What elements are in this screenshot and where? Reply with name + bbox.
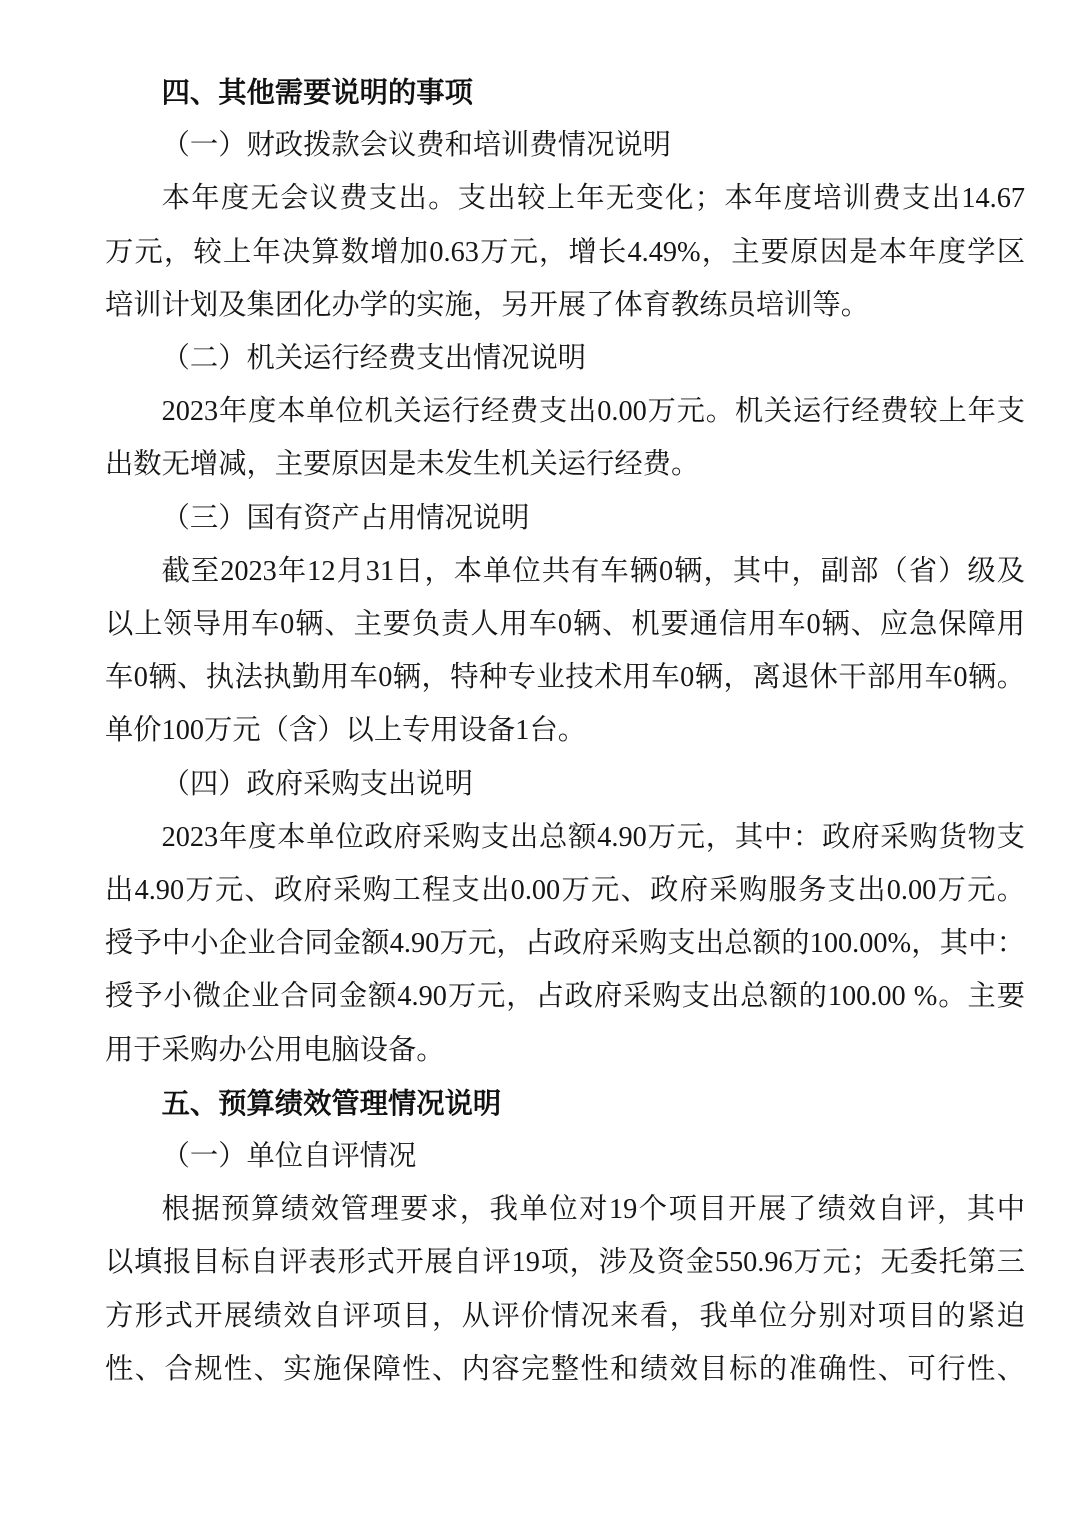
sub-heading-4-2: （二）机关运行经费支出情况说明 [105,332,1025,385]
paragraph-operating-expense: 2023年度本单位机关运行经费支出0.00万元。机关运行经费较上年支出数无增减，… [105,385,1025,491]
text-line: 授予小微企业合同金额4.90万元，占政府采购支出总额的100.00 %。主要 [105,970,1025,1023]
paragraph-state-assets: 截至2023年12月31日，本单位共有车辆0辆，其中，副部（省）级及以上领导用车… [105,545,1025,758]
sub-heading-5-1: （一）单位自评情况 [105,1130,1025,1183]
text-line: 以上领导用车0辆、主要负责人用车0辆、机要通信用车0辆、应急保障用 [105,598,1025,651]
paragraph-self-evaluation: 根据预算绩效管理要求，我单位对19个项目开展了绩效自评，其中以填报目标自评表形式… [105,1183,1025,1396]
document-content: 四、其他需要说明的事项（一）财政拨款会议费和培训费情况说明本年度无会议费支出。支… [105,66,1025,1396]
paragraph-meeting-training-fee: 本年度无会议费支出。支出较上年无变化；本年度培训费支出14.67万元，较上年决算… [105,172,1025,332]
text-line: 方形式开展绩效自评项目，从评价情况来看，我单位分别对项目的紧迫 [105,1290,1025,1343]
document-page: 四、其他需要说明的事项（一）财政拨款会议费和培训费情况说明本年度无会议费支出。支… [0,0,1074,1520]
text-line: （一）财政拨款会议费和培训费情况说明 [105,119,1025,172]
text-line: 本年度无会议费支出。支出较上年无变化；本年度培训费支出14.67 [105,172,1025,225]
text-line: 2023年度本单位政府采购支出总额4.90万元，其中：政府采购货物支 [105,811,1025,864]
text-line: 万元，较上年决算数增加0.63万元，增长4.49%，主要原因是本年度学区 [105,226,1025,279]
section-heading-4: 四、其他需要说明的事项 [105,66,1025,119]
text-line: 出4.90万元、政府采购工程支出0.00万元、政府采购服务支出0.00万元。 [105,864,1025,917]
text-line: 车0辆、执法执勤用车0辆，特种专业技术用车0辆，离退休干部用车0辆。 [105,651,1025,704]
sub-heading-4-4: （四）政府采购支出说明 [105,758,1025,811]
text-line: 培训计划及集团化办学的实施，另开展了体育教练员培训等。 [105,279,1025,332]
text-line: 2023年度本单位机关运行经费支出0.00万元。机关运行经费较上年支 [105,385,1025,438]
sub-heading-4-3: （三）国有资产占用情况说明 [105,492,1025,545]
text-line: （二）机关运行经费支出情况说明 [105,332,1025,385]
paragraph-government-procurement: 2023年度本单位政府采购支出总额4.90万元，其中：政府采购货物支出4.90万… [105,811,1025,1077]
text-line: 出数无增减，主要原因是未发生机关运行经费。 [105,438,1025,491]
text-line: 以填报目标自评表形式开展自评19项，涉及资金550.96万元；无委托第三 [105,1236,1025,1289]
text-line: 根据预算绩效管理要求，我单位对19个项目开展了绩效自评，其中 [105,1183,1025,1236]
text-line: （三）国有资产占用情况说明 [105,492,1025,545]
section-heading-5: 五、预算绩效管理情况说明 [105,1077,1025,1130]
text-line: （一）单位自评情况 [105,1130,1025,1183]
text-line: 截至2023年12月31日，本单位共有车辆0辆，其中，副部（省）级及 [105,545,1025,598]
text-line: （四）政府采购支出说明 [105,758,1025,811]
text-line: 四、其他需要说明的事项 [105,66,1025,119]
text-line: 五、预算绩效管理情况说明 [105,1077,1025,1130]
text-line: 单价100万元（含）以上专用设备1台。 [105,704,1025,757]
text-line: 授予中小企业合同金额4.90万元，占政府采购支出总额的100.00%，其中： [105,917,1025,970]
text-line: 用于采购办公用电脑设备。 [105,1024,1025,1077]
sub-heading-4-1: （一）财政拨款会议费和培训费情况说明 [105,119,1025,172]
text-line: 性、合规性、实施保障性、内容完整性和绩效目标的准确性、可行性、 [105,1343,1025,1396]
